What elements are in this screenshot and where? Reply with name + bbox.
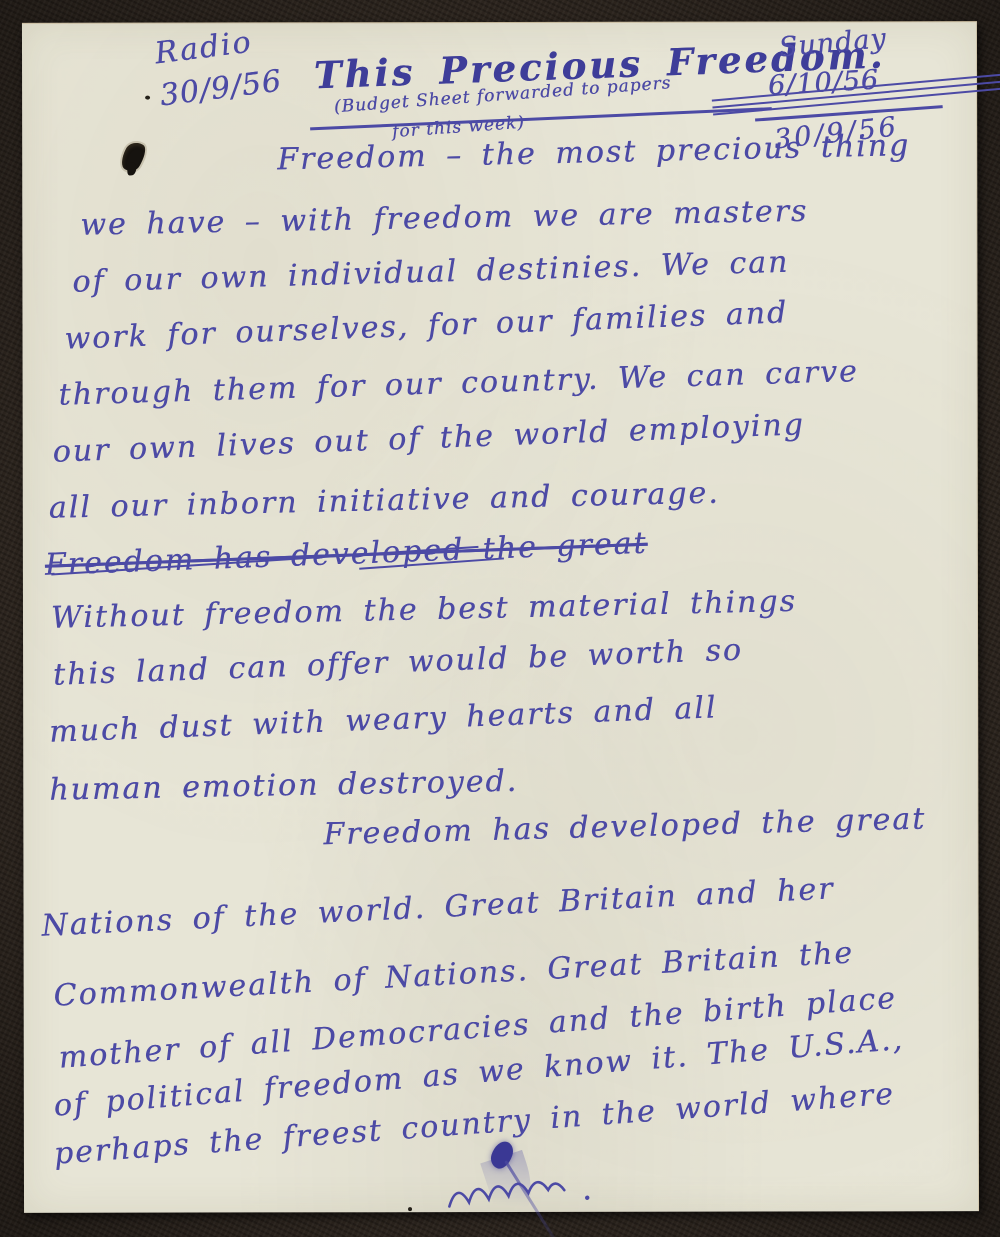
scanned-manuscript: Radio 30/9/56 This Precious Freedom. (Bu… (0, 0, 1000, 1237)
handwritten-line: Without freedom the best material things (51, 587, 798, 634)
handwritten-line: this land can offer would be worth so (53, 635, 744, 690)
paper-hole (117, 139, 149, 175)
manuscript-paper: Radio 30/9/56 This Precious Freedom. (Bu… (22, 21, 979, 1213)
handwritten-line: much dust with weary hearts and all (49, 693, 718, 747)
handwritten-line: all our inborn initiative and courage. (48, 479, 720, 524)
handwritten-line: of our own individual destinies. We can (72, 248, 790, 298)
ink-scribble (442, 1157, 596, 1223)
handwritten-line: Freedom – the most precious thing (277, 131, 911, 175)
handwritten-line: human emotion destroyed. (49, 767, 518, 806)
header-left-date: 30/9/56 (158, 67, 283, 112)
header-medium: Radio (153, 28, 254, 70)
struck-handwritten-line: Freedom has developed the great (44, 529, 648, 581)
handwritten-line: work for ourselves, for our families and (64, 298, 789, 355)
handwritten-line: we have – with freedom we are masters (80, 197, 809, 241)
handwritten-line: through them for our country. We can car… (58, 357, 859, 411)
paper-speck (145, 96, 150, 100)
handwritten-line: our own lives out of the world employing (52, 410, 805, 468)
handwritten-line: Freedom has developed the great (323, 805, 927, 851)
handwritten-line: Nations of the world. Great Britain and … (41, 874, 835, 941)
paper-speck (408, 1207, 412, 1211)
